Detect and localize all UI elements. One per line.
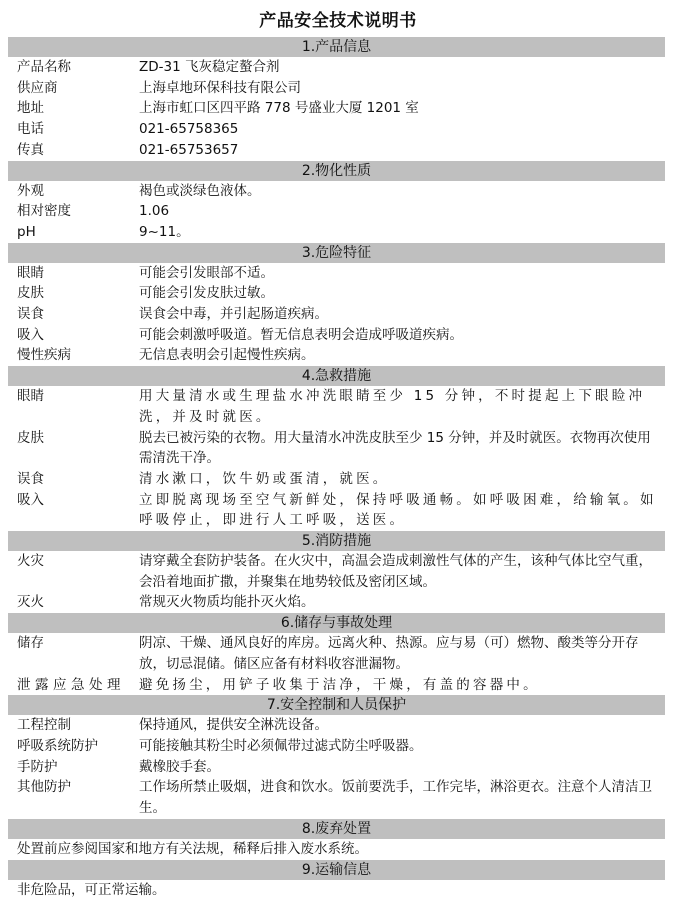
field-value: 可能接触其粉尘时必须佩带过滤式防尘呼吸器。 — [139, 736, 665, 757]
row-other: 其他防护工作场所禁止吸烟，进食和饮水。饭前要洗手，工作完毕，淋浴更衣。注意个人清… — [8, 777, 665, 818]
section-heading-transport: 9.运输信息 — [8, 860, 665, 880]
field-label: 储存 — [8, 633, 139, 674]
field-value: 可能会引发皮肤过敏。 — [139, 283, 665, 304]
row-supplier: 供应商上海卓地环保科技有限公司 — [8, 78, 665, 99]
section-heading-product-info: 1.产品信息 — [8, 37, 665, 57]
section-heading-exposure-controls: 7.安全控制和人员保护 — [8, 695, 665, 715]
field-label: 呼吸系统防护 — [8, 736, 139, 757]
field-value: 9~11。 — [139, 222, 665, 243]
field-label: 供应商 — [8, 78, 139, 99]
row-extinguish: 灭火常规灭火物质均能扑灭火焰。 — [8, 592, 665, 613]
field-value: 上海市虹口区四平路 778 号盛业大厦 1201 室 — [139, 98, 665, 119]
row-firstaid-skin: 皮肤脱去已被污染的衣物。用大量清水冲洗皮肤至少 15 分钟，并及时就医。衣物再次… — [8, 428, 665, 469]
row-hazard-skin: 皮肤可能会引发皮肤过敏。 — [8, 283, 665, 304]
field-value: 立即脱离现场至空气新鲜处，保持呼吸通畅。如呼吸困难，给输氧。如呼吸停止，即进行人… — [139, 490, 665, 531]
row-appearance: 外观褐色或淡绿色液体。 — [8, 181, 665, 202]
field-value: 戴橡胶手套。 — [139, 757, 665, 778]
section-heading-first-aid: 4.急救措施 — [8, 366, 665, 386]
field-label: 火灾 — [8, 551, 139, 592]
row-ph: pH9~11。 — [8, 222, 665, 243]
row-density: 相对密度1.06 — [8, 201, 665, 222]
field-label: 外观 — [8, 181, 139, 202]
field-value: 021-65753657 — [139, 140, 665, 161]
row-engineering: 工程控制保持通风，提供安全淋洗设备。 — [8, 715, 665, 736]
field-value: 避免扬尘，用铲子收集于洁净，干燥，有盖的容器中。 — [139, 675, 665, 696]
field-label: 泄露应急处理 — [8, 675, 139, 696]
field-value: 脱去已被污染的衣物。用大量清水冲洗皮肤至少 15 分钟，并及时就医。衣物再次使用… — [139, 428, 665, 469]
field-label: 吸入 — [8, 325, 139, 346]
field-value: ZD-31 飞灰稳定螯合剂 — [139, 57, 665, 78]
row-firstaid-inhalation: 吸入立即脱离现场至空气新鲜处，保持呼吸通畅。如呼吸困难，给输氧。如呼吸停止，即进… — [8, 490, 665, 531]
row-storage: 储存阴凉、干燥、通风良好的库房。远离火种、热源。应与易（可）燃物、酸类等分开存放… — [8, 633, 665, 674]
row-spill: 泄露应急处理避免扬尘，用铲子收集于洁净，干燥，有盖的容器中。 — [8, 675, 665, 696]
field-value: 保持通风，提供安全淋洗设备。 — [139, 715, 665, 736]
row-hazard-inhalation: 吸入可能会刺激呼吸道。暂无信息表明会造成呼吸道疾病。 — [8, 325, 665, 346]
field-label: 慢性疾病 — [8, 345, 139, 366]
field-label: 误食 — [8, 469, 139, 490]
field-value: 清水漱口，饮牛奶或蛋清，就医。 — [139, 469, 665, 490]
section-heading-firefighting: 5.消防措施 — [8, 531, 665, 551]
disposal-text: 处置前应参阅国家和地方有关法规，稀释后排入废水系统。 — [8, 839, 665, 860]
field-label: 灭火 — [8, 592, 139, 613]
field-value: 021-65758365 — [139, 119, 665, 140]
field-value: 褐色或淡绿色液体。 — [139, 181, 665, 202]
field-value: 误食会中毒，并引起肠道疾病。 — [139, 304, 665, 325]
field-value: 可能会引发眼部不适。 — [139, 263, 665, 284]
field-value: 工作场所禁止吸烟，进食和饮水。饭前要洗手，工作完毕，淋浴更衣。注意个人清洁卫生。 — [139, 777, 665, 818]
row-hazard-ingestion: 误食误食会中毒，并引起肠道疾病。 — [8, 304, 665, 325]
field-value: 请穿戴全套防护装备。在火灾中，高温会造成刺激性气体的产生，该种气体比空气重，会沿… — [139, 551, 665, 592]
row-firstaid-ingestion: 误食清水漱口，饮牛奶或蛋清，就医。 — [8, 469, 665, 490]
field-value: 阴凉、干燥、通风良好的库房。远离火种、热源。应与易（可）燃物、酸类等分开存放，切… — [139, 633, 665, 674]
field-label: 地址 — [8, 98, 139, 119]
field-label: 皮肤 — [8, 283, 139, 304]
section-heading-storage: 6.储存与事故处理 — [8, 613, 665, 633]
transport-text: 非危险品，可正常运输。 — [8, 880, 665, 901]
field-label: 工程控制 — [8, 715, 139, 736]
field-value: 用大量清水或生理盐水冲洗眼睛至少 15 分钟，不时提起上下眼睑冲洗，并及时就医。 — [139, 386, 665, 427]
field-label: 吸入 — [8, 490, 139, 531]
row-fax: 传真021-65753657 — [8, 140, 665, 161]
field-label: 手防护 — [8, 757, 139, 778]
field-label: 眼睛 — [8, 386, 139, 427]
section-heading-hazards: 3.危险特征 — [8, 243, 665, 263]
row-fire: 火灾请穿戴全套防护装备。在火灾中，高温会造成刺激性气体的产生，该种气体比空气重，… — [8, 551, 665, 592]
field-value: 1.06 — [139, 201, 665, 222]
document-title: 产品安全技术说明书 — [0, 6, 676, 31]
row-hand: 手防护戴橡胶手套。 — [8, 757, 665, 778]
field-label: 其他防护 — [8, 777, 139, 818]
field-label: 误食 — [8, 304, 139, 325]
row-firstaid-eyes: 眼睛用大量清水或生理盐水冲洗眼睛至少 15 分钟，不时提起上下眼睑冲洗，并及时就… — [8, 386, 665, 427]
row-hazard-chronic: 慢性疾病无信息表明会引起慢性疾病。 — [8, 345, 665, 366]
msds-document: 1.产品信息 产品名称ZD-31 飞灰稳定螯合剂 供应商上海卓地环保科技有限公司… — [8, 37, 665, 901]
field-label: 电话 — [8, 119, 139, 140]
section-heading-physical-properties: 2.物化性质 — [8, 161, 665, 181]
field-label: pH — [8, 222, 139, 243]
field-value: 上海卓地环保科技有限公司 — [139, 78, 665, 99]
row-address: 地址上海市虹口区四平路 778 号盛业大厦 1201 室 — [8, 98, 665, 119]
field-value: 无信息表明会引起慢性疾病。 — [139, 345, 665, 366]
section-heading-disposal: 8.废弃处置 — [8, 819, 665, 839]
row-phone: 电话021-65758365 — [8, 119, 665, 140]
field-value: 常规灭火物质均能扑灭火焰。 — [139, 592, 665, 613]
field-label: 传真 — [8, 140, 139, 161]
row-respiratory: 呼吸系统防护可能接触其粉尘时必须佩带过滤式防尘呼吸器。 — [8, 736, 665, 757]
field-label: 产品名称 — [8, 57, 139, 78]
field-label: 皮肤 — [8, 428, 139, 469]
row-hazard-eyes: 眼睛可能会引发眼部不适。 — [8, 263, 665, 284]
field-label: 相对密度 — [8, 201, 139, 222]
field-label: 眼睛 — [8, 263, 139, 284]
field-value: 可能会刺激呼吸道。暂无信息表明会造成呼吸道疾病。 — [139, 325, 665, 346]
row-product-name: 产品名称ZD-31 飞灰稳定螯合剂 — [8, 57, 665, 78]
